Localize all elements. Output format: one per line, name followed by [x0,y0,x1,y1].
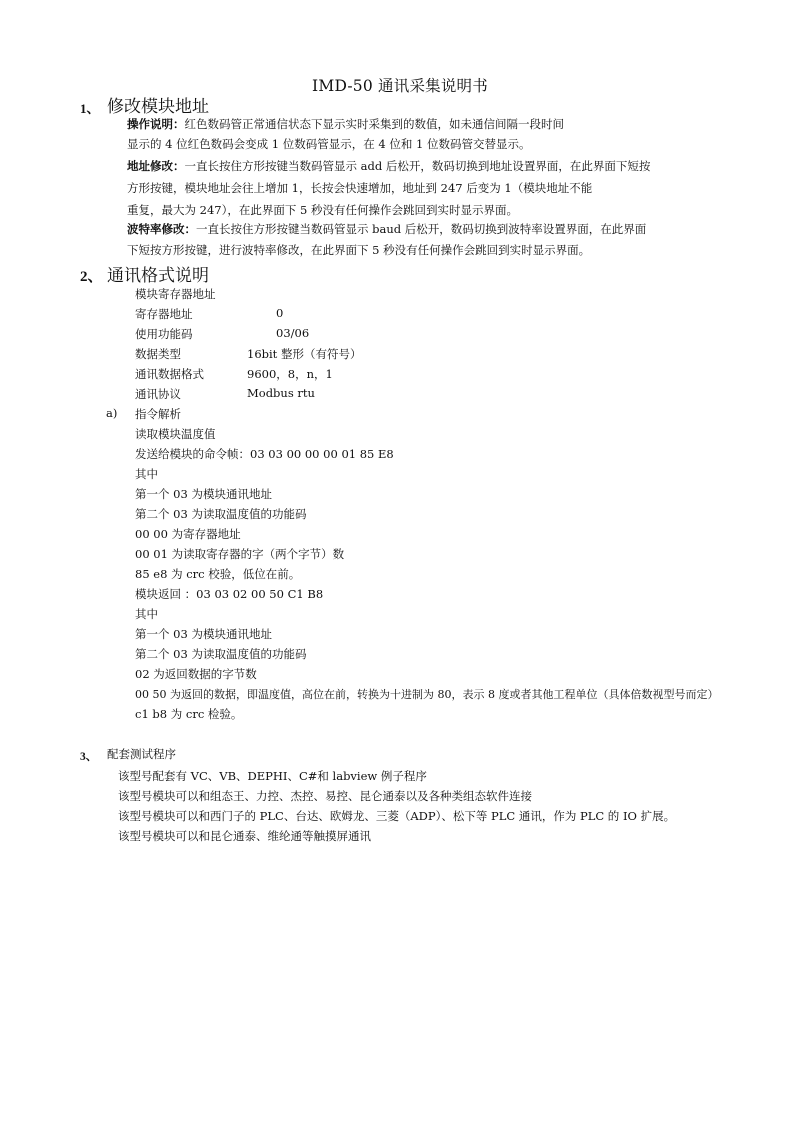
addr-label: 地址修改： [127,159,185,173]
params-title: 模块寄存器地址 [135,286,216,302]
program-line: 该型号模块可以和昆仑通泰、维纶通等触摸屏通讯 [118,828,371,844]
param-value: 16bit 整形（有符号） [247,346,361,362]
baud-paragraph-line-2: 下短按方形按键，进行波特率修改，在此界面下 5 秒没有任何操作会跳回到实时显示界… [127,242,590,258]
param-label: 数据类型 [135,346,181,362]
ops-paragraph-line-1: 操作说明：红色数码管正常通信状态下显示实时采集到的数值，如未通信间隔一段时间 [127,116,564,132]
section-1-heading: 修改模块地址 [107,92,209,117]
instruction-line: 85 e8 为 crc 校验，低位在前。 [135,566,300,582]
instruction-line: c1 b8 为 crc 检验。 [135,706,242,722]
param-value: 0 [276,306,283,320]
param-label: 寄存器地址 [135,306,193,322]
instruction-line: 02 为返回数据的字节数 [135,666,257,682]
section-3-heading: 配套测试程序 [107,746,176,762]
instruction-line: 读取模块温度值 [135,426,216,442]
instruction-line: 第一个 03 为模块通讯地址 [135,626,272,642]
instruction-line: 其中 [135,466,158,482]
section-1-number: 1、 [80,98,100,117]
addr-paragraph-line-3: 重复，最大为 247），在此界面下 5 秒没有任何操作会跳回到实时显示界面。 [127,202,518,218]
section-2-heading: 通讯格式说明 [107,261,209,286]
param-value: Modbus rtu [247,386,315,400]
param-value: 03/06 [276,326,309,340]
baud-label: 波特率修改： [127,222,196,236]
param-label: 通讯数据格式 [135,366,204,382]
section-2-number: 2、 [80,265,103,286]
param-value: 9600，8，n，1 [247,366,333,382]
instruction-line: 第二个 03 为读取温度值的功能码 [135,646,306,662]
param-label: 使用功能码 [135,326,193,342]
instruction-line: 第二个 03 为读取温度值的功能码 [135,506,306,522]
addr-paragraph-line-2: 方形按键，模块地址会往上增加 1，长按会快速增加，地址到 247 后变为 1（模… [127,180,592,196]
baud-paragraph-line-1: 波特率修改：一直长按住方形按键当数码管显示 baud 后松开，数码切换到波特率设… [127,221,646,237]
addr-text: 一直长按住方形按键当数码管显示 add 后松开，数码切换到地址设置界面，在此界面… [185,159,651,173]
ops-label: 操作说明： [127,117,185,131]
instruction-line: 00 01 为读取寄存器的字（两个字节）数 [135,546,344,562]
sub-a-title: 指令解析 [135,406,181,422]
instruction-line: 00 00 为寄存器地址 [135,526,241,542]
ops-text: 红色数码管正常通信状态下显示实时采集到的数值，如未通信间隔一段时间 [185,117,565,131]
ops-paragraph-line-2: 显示的 4 位红色数码会变成 1 位数码管显示，在 4 位和 1 位数码管交替显… [127,136,531,152]
instruction-line: 其中 [135,606,158,622]
param-label: 通讯协议 [135,386,181,402]
program-line: 该型号模块可以和组态王、力控、杰控、易控、昆仑通泰以及各种类组态软件连接 [118,788,532,804]
instruction-line: 发送给模块的命令帧：03 03 00 00 00 01 85 E8 [135,446,394,462]
instruction-line: 第一个 03 为模块通讯地址 [135,486,272,502]
instruction-line: 模块返回 ：03 03 02 00 50 C1 B8 [135,586,323,602]
program-line: 该型号模块可以和西门子的 PLC、台达、欧姆龙、三菱（ADP）、松下等 PLC … [118,808,675,824]
program-line: 该型号配套有 VC、VB、DEPHI、C#和 labview 例子程序 [118,768,427,784]
instruction-line: 00 50 为返回的数据，即温度值，高位在前，转换为十进制为 80，表示 8 度… [135,686,718,702]
addr-paragraph-line-1: 地址修改：一直长按住方形按键当数码管显示 add 后松开，数码切换到地址设置界面… [127,158,650,174]
baud-text: 一直长按住方形按键当数码管显示 baud 后松开，数码切换到波特率设置界面，在此… [196,222,646,236]
sub-a-marker: a) [106,406,117,420]
section-3-number: 3、 [80,748,97,764]
